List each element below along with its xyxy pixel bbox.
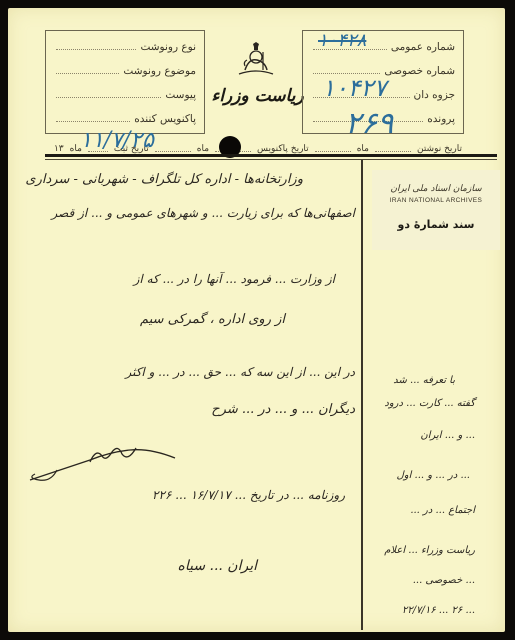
file-number-value: ۲۶۹ xyxy=(345,106,393,141)
signature-icon xyxy=(20,440,180,490)
margin-note-8: ... ۲۶ ... ۲۲/۷/۱۶ xyxy=(402,605,475,616)
margin-note-5: اجتماع ... در ... xyxy=(410,505,475,516)
body-line-3: از وزارت ... فرمود ... آنها را در ... که… xyxy=(134,272,335,286)
body-line-8: ایران ... سیاه xyxy=(178,558,258,574)
office-title: ریاست وزراء xyxy=(210,86,305,106)
archive-stamp: سازمان اسناد ملی ایران IRAN NATIONAL ARC… xyxy=(372,170,500,250)
header-rule-thin xyxy=(45,159,497,160)
margin-note-7: ... خصوصی ... xyxy=(413,575,475,586)
lion-and-sun-emblem-icon xyxy=(233,42,279,78)
body-line-2: اصفهانی‌ها که برای زیارت ... و شهرهای عم… xyxy=(52,206,355,220)
margin-note-3: ... و ... ایران xyxy=(420,430,475,441)
registered-date-handwritten: ۱۱/۷/۲۵ xyxy=(80,128,154,153)
margin-note-1: با تعرفه ... شد xyxy=(393,375,455,386)
field-clean-copier: پاکنویس کننده xyxy=(56,107,196,125)
field-copy-type: نوع رونوشت xyxy=(56,35,196,53)
margin-note-4: ... در ... و ... اول xyxy=(397,470,471,481)
body-line-6: دیگران ... و ... در ... شرح xyxy=(211,402,355,417)
margin-divider xyxy=(361,160,363,630)
field-copy-subject: موضوع رونوشت xyxy=(56,59,196,77)
margin-note-2: گفته ... کارت ... درود xyxy=(384,398,475,409)
body-line-7: روزنامه ... در تاریخ ... ۱۶/۷/۱۷ ... ۲۲۶ xyxy=(152,488,345,502)
header-rule xyxy=(45,154,497,157)
body-line-5: در این ... از این سه که ... حق ... در ..… xyxy=(125,365,355,379)
body-line-1: وزارتخانه‌ها - اداره کل تلگراف - شهربانی… xyxy=(25,172,303,187)
general-number-struck: ۱۰۴۲۸ xyxy=(318,30,366,51)
body-line-4: از روی اداره ، گمرکی سیم xyxy=(140,312,285,327)
private-number-value: ۱۰۴۲۷ xyxy=(322,74,386,102)
field-attachment: پیوست xyxy=(56,83,196,101)
copy-info-box: نوع رونوشت موضوع رونوشت پیوست پاکنویس کن… xyxy=(45,30,205,134)
margin-note-6: ریاست وزراء ... اعلام xyxy=(384,545,475,556)
